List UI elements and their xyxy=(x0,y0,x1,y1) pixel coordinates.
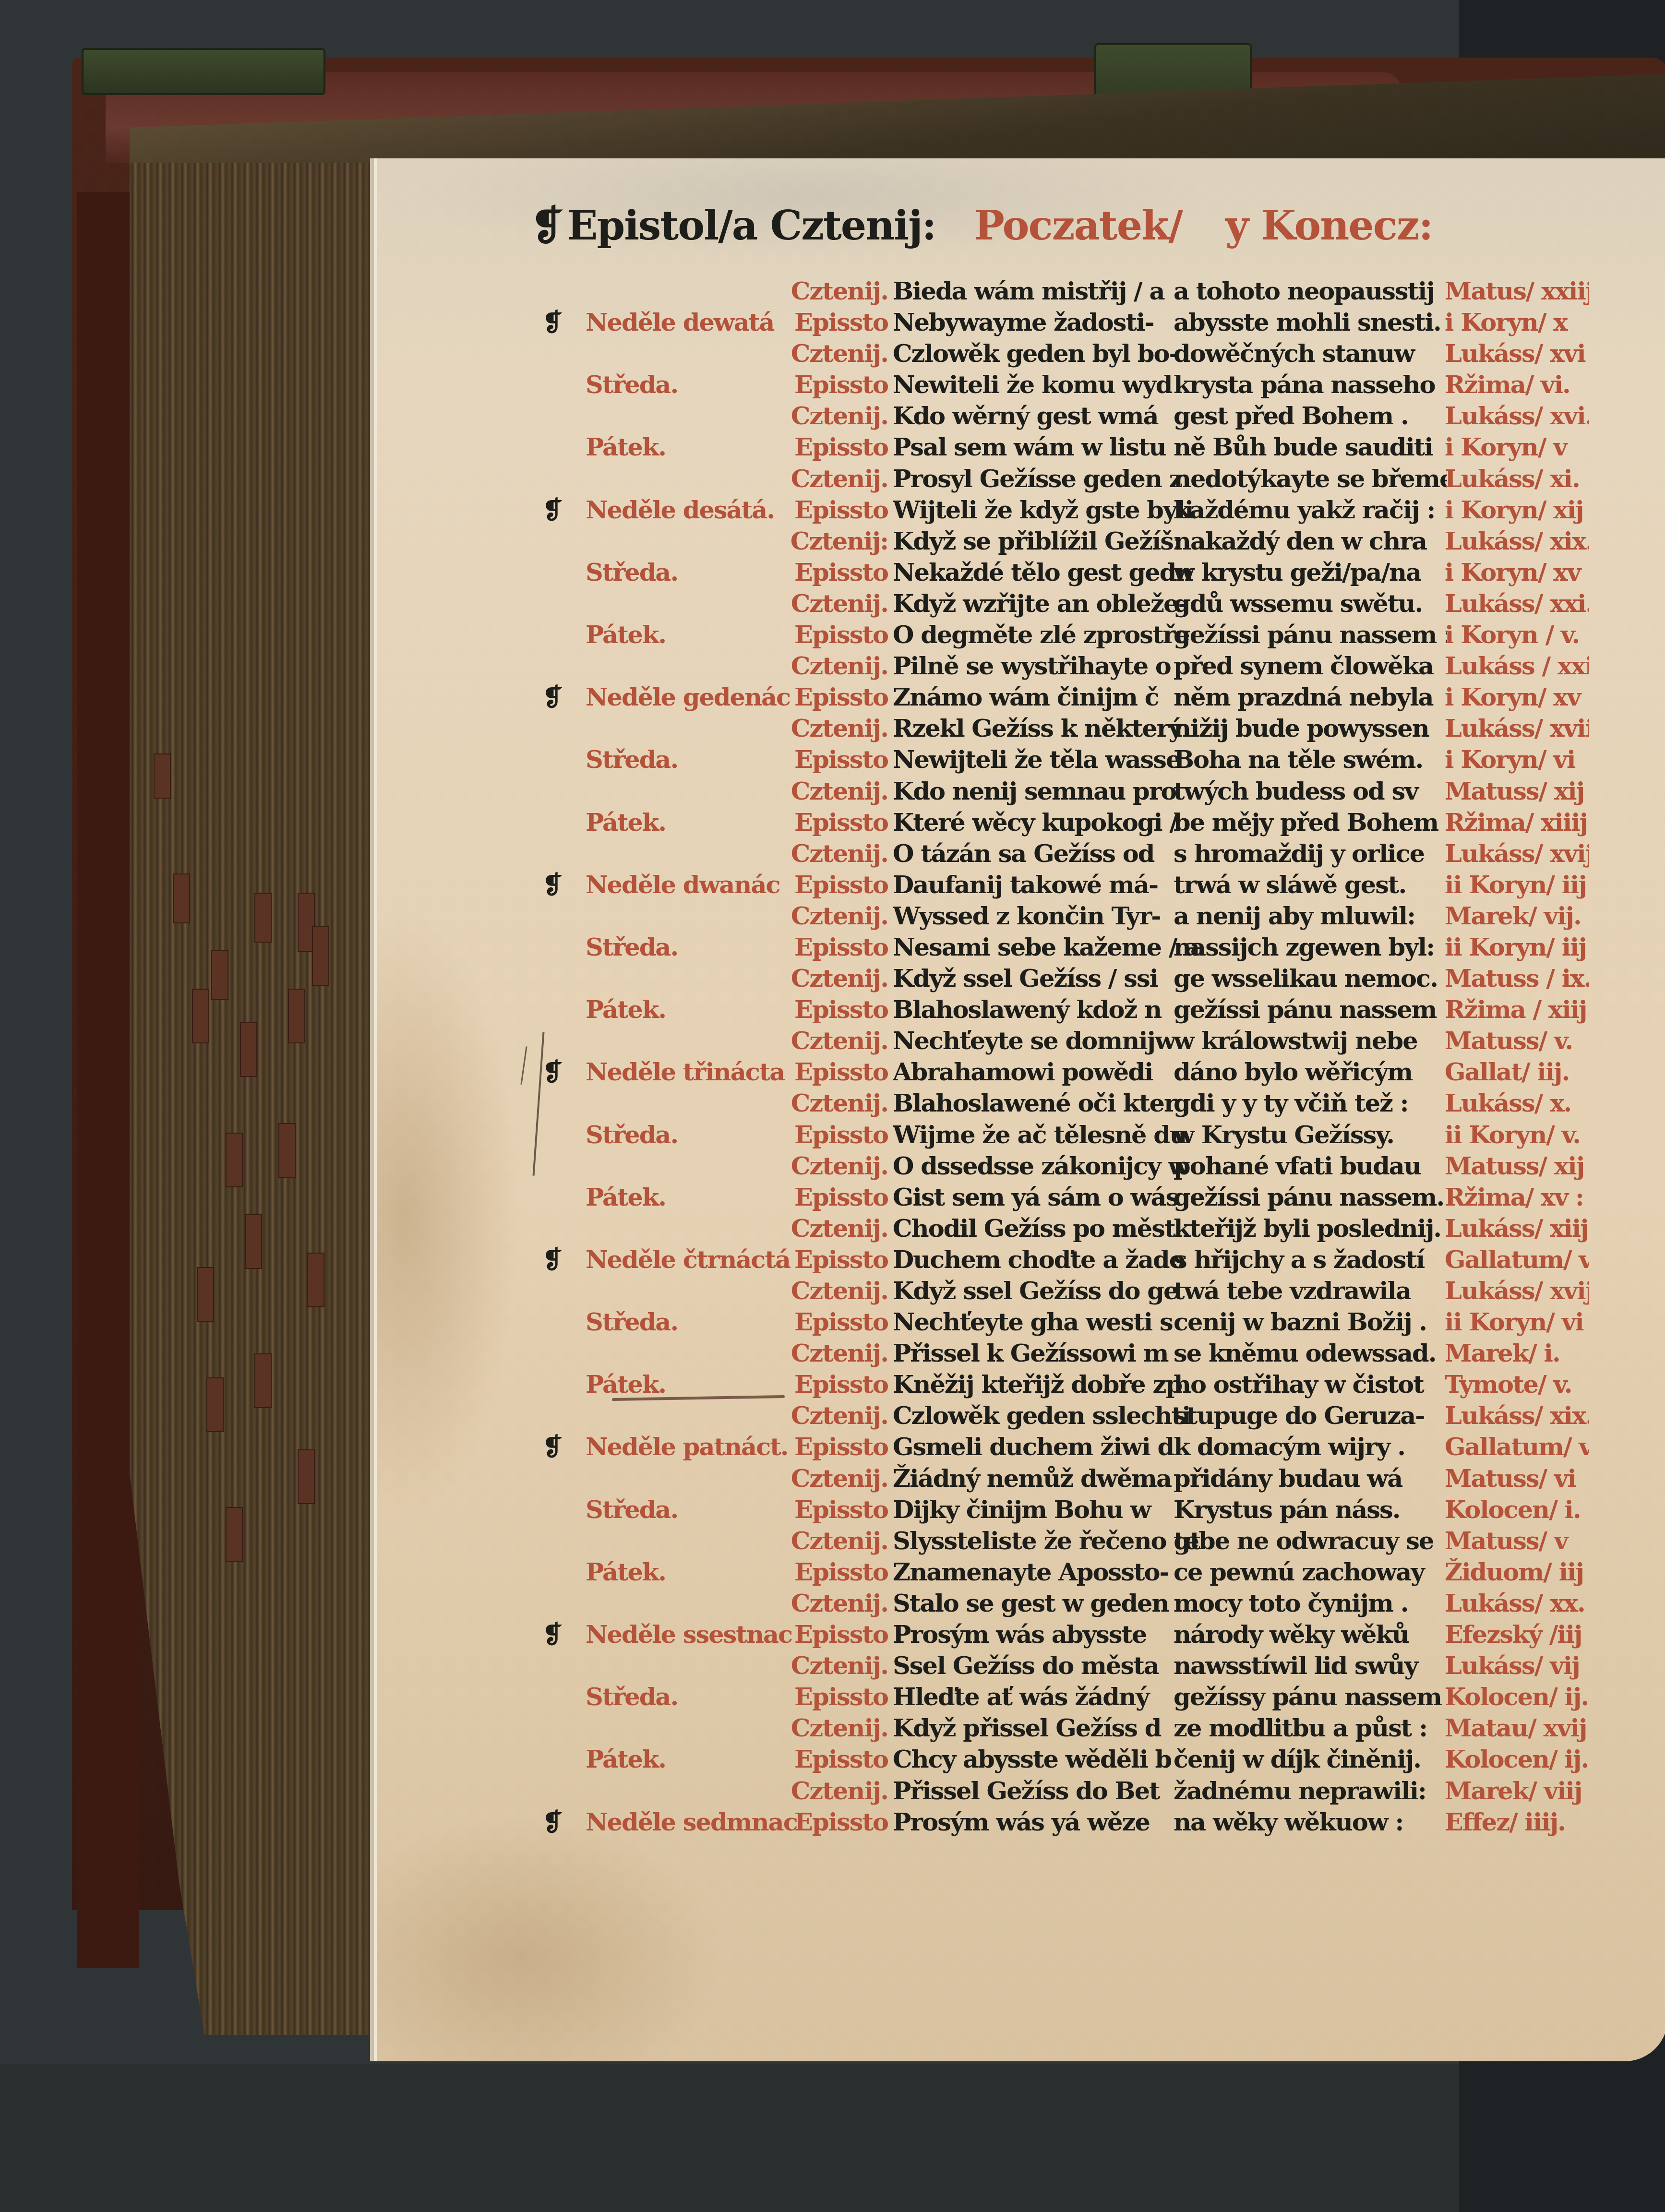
scripture-reference: Matuss/ xij xyxy=(1445,776,1589,807)
page-tab xyxy=(254,893,272,943)
incipit-text: Ssel Gežíss do města xyxy=(893,1650,1200,1682)
page-tab xyxy=(278,1123,296,1178)
scripture-reference: Lukáss/ xix. xyxy=(1445,1400,1589,1432)
incipit-text: Czlowěk geden byl bo- xyxy=(893,338,1200,370)
incipit-text: Newiteli že komu wyd xyxy=(893,370,1200,401)
clasp-left xyxy=(82,48,325,95)
explicit-text: ze modlitbu a půst : xyxy=(1174,1713,1447,1744)
day-label: Pátek. xyxy=(586,620,666,651)
reading-type: Cztenij: xyxy=(773,526,888,557)
page-tab xyxy=(254,1353,272,1408)
incipit-text: Nekaždé tělo gest gedn xyxy=(893,557,1200,588)
incipit-text: Když se přiblížil Gežíš: xyxy=(893,526,1200,557)
day-label: Pátek. xyxy=(586,994,666,1026)
heading-beginning: Poczatek/ xyxy=(974,202,1182,249)
scripture-reference: Lukáss/ xvi. xyxy=(1445,401,1589,432)
scripture-reference: Lukáss/ xvi xyxy=(1445,338,1589,370)
explicit-text: pohané vfati budau xyxy=(1174,1151,1447,1182)
table-row: ❡Neděle ssestnacEpisstоProsým wás abysst… xyxy=(547,1619,1579,1650)
day-label: Středa. xyxy=(586,1682,678,1713)
table-row: Cztenij.Czlowěk geden sslechtistupuge do… xyxy=(547,1400,1579,1432)
reading-type: Episstо xyxy=(773,1244,888,1276)
explicit-text: Krystus pán náss. xyxy=(1174,1495,1447,1526)
table-row: Cztenij.Slyssteliste že řečeno gttebe ne… xyxy=(547,1526,1579,1557)
page-heading: ❡ Epistol/a Cztenij: Poczatek/ y Konecz: xyxy=(530,202,1433,254)
pilcrow-icon: ❡ xyxy=(542,1432,576,1463)
explicit-text: twá tebe vzdrawila xyxy=(1174,1276,1447,1307)
pilcrow-icon: ❡ xyxy=(542,682,576,713)
page-tab xyxy=(312,926,329,986)
scripture-reference: i Koryn / v. xyxy=(1445,620,1589,651)
scripture-reference: Židuom/ iij xyxy=(1445,1557,1589,1588)
incipit-text: Nebywayme žadosti- xyxy=(893,307,1200,338)
pilcrow-icon: ❡ xyxy=(542,307,576,338)
scripture-reference: Gallatum/ v xyxy=(1445,1432,1589,1463)
table-row: Cztenij.Czlowěk geden byl bo-dowěčných s… xyxy=(547,338,1579,370)
incipit-text: Dijky činijm Bohu w xyxy=(893,1495,1200,1526)
table-row: Středa.EpisstоNesami sebe kažeme / anass… xyxy=(547,932,1579,963)
scripture-reference: Efezský /iij xyxy=(1445,1619,1589,1650)
explicit-text: trwá w sláwě gest. xyxy=(1174,870,1447,901)
table-row: Cztenij.Nechťeyte se domnijww králowstwi… xyxy=(547,1026,1579,1057)
explicit-text: tebe ne odwracuy se xyxy=(1174,1526,1447,1557)
reading-type: Episstо xyxy=(773,620,888,651)
scripture-reference: Matuss/ v. xyxy=(1445,1026,1589,1057)
incipit-text: Pilně se wystřihayte o xyxy=(893,651,1200,682)
table-row: ❡Neděle dewatáEpisstоNebywayme žadosti-a… xyxy=(547,307,1579,338)
day-label: Neděle ssestnac xyxy=(586,1619,792,1650)
reading-type: Episstо xyxy=(773,1744,888,1775)
scripture-reference: Effez/ iiij. xyxy=(1445,1807,1589,1838)
reading-type: Episstо xyxy=(773,1057,888,1088)
day-label: Neděle gedenác xyxy=(586,682,790,713)
incipit-text: Blahoslawený kdož n xyxy=(893,994,1200,1026)
incipit-text: Gist sem yá sám o wás xyxy=(893,1182,1200,1213)
incipit-text: Wyssed z končin Tyr- xyxy=(893,901,1200,932)
reading-type: Episstо xyxy=(773,1432,888,1463)
background-dark-bottom xyxy=(0,2064,1459,2212)
table-row: Cztenij.O tázán sa Gežíss ods hromaždij … xyxy=(547,838,1579,870)
table-row: ❡Neděle čtrnáctáEpisstоDuchem choďte a ž… xyxy=(547,1244,1579,1276)
scripture-reference: Marek/ vij. xyxy=(1445,901,1589,932)
table-row: Cztenij.Žiádný nemůž dwěmapřidány budau … xyxy=(547,1463,1579,1495)
day-label: Neděle sedmnac xyxy=(586,1807,797,1838)
scripture-reference: i Koryn/ xv xyxy=(1445,557,1589,588)
table-row: Pátek.EpisstоKněžij kteřijž dobře zpho o… xyxy=(547,1369,1579,1400)
pilcrow-icon: ❡ xyxy=(542,1244,576,1276)
table-row: Cztenij.Rzekl Gežíss k některýnižij bude… xyxy=(547,713,1579,744)
scripture-reference: i Koryn/ v xyxy=(1445,432,1589,463)
incipit-text: Chcy abysste wěděli b xyxy=(893,1744,1200,1775)
explicit-text: k domacým wijry . xyxy=(1174,1432,1447,1463)
incipit-text: Prosým wás yá wěze xyxy=(893,1807,1200,1838)
reading-type: Episstо xyxy=(773,1182,888,1213)
scripture-reference: i Koryn/ xij xyxy=(1445,495,1589,526)
explicit-text: nakaždý den w chra xyxy=(1174,526,1447,557)
page-tab xyxy=(173,873,190,923)
day-label: Pátek. xyxy=(586,1557,666,1588)
reading-type: Cztenij. xyxy=(773,1276,888,1307)
reading-type: Episstо xyxy=(773,932,888,963)
reading-type: Cztenij. xyxy=(773,1026,888,1057)
explicit-text: mocy toto čynijm . xyxy=(1174,1588,1447,1619)
explicit-text: něm prazdná nebyla xyxy=(1174,682,1447,713)
explicit-text: ho ostřihay w čistot xyxy=(1174,1369,1447,1400)
lectionary-table: Cztenij.Bieda wám mistřij / aa tohoto ne… xyxy=(547,276,1579,1838)
incipit-text: Rzekl Gežíss k některý xyxy=(893,713,1200,744)
table-row: Cztenij.Pilně se wystřihayte opřed synem… xyxy=(547,651,1579,682)
explicit-text: každému yakž račij : xyxy=(1174,495,1447,526)
explicit-text: čenij w díjk činěnij. xyxy=(1174,1744,1447,1775)
incipit-text: O tázán sa Gežíss od xyxy=(893,838,1200,870)
scripture-reference: Lukáss/ xvij xyxy=(1445,838,1589,870)
incipit-text: Bieda wám mistřij / a xyxy=(893,276,1200,307)
reading-type: Cztenij. xyxy=(773,401,888,432)
incipit-text: Duchem choďte a žado xyxy=(893,1244,1200,1276)
explicit-text: s hromaždij y orlice xyxy=(1174,838,1447,870)
table-row: Středa.EpisstоDijky činijm Bohu wKrystus… xyxy=(547,1495,1579,1526)
explicit-text: před synem člowěka xyxy=(1174,651,1447,682)
table-row: Cztenij.Když ssel Gežíss / ssige wsselik… xyxy=(547,963,1579,994)
day-label: Středa. xyxy=(586,932,678,963)
table-row: Pátek.EpisstоChcy abysste wěděli bčenij … xyxy=(547,1744,1579,1775)
page-block-fore-edge xyxy=(130,163,379,2035)
incipit-text: Nesami sebe kažeme / a xyxy=(893,932,1200,963)
incipit-text: Nechťeyte se domnijw xyxy=(893,1026,1200,1057)
explicit-text: gežíssi pánu nassem xyxy=(1174,994,1447,1026)
explicit-text: přidány budau wá xyxy=(1174,1463,1447,1495)
reading-type: Episstо xyxy=(773,682,888,713)
scripture-reference: ii Koryn/ v. xyxy=(1445,1120,1589,1151)
explicit-text: gežíssi pánu nassem. xyxy=(1174,1182,1447,1213)
heading-end: y Konecz: xyxy=(1225,202,1433,249)
reading-type: Cztenij. xyxy=(773,651,888,682)
scripture-reference: Lukáss/ xix. xyxy=(1445,526,1589,557)
day-label: Pátek. xyxy=(586,807,666,838)
incipit-text: Wijme že ač tělesně du xyxy=(893,1120,1200,1151)
pilcrow-icon: ❡ xyxy=(530,202,563,249)
table-row: Cztenij.Prosyl Gežísse geden znedotýkayt… xyxy=(547,464,1579,495)
table-row: ❡Neděle desátá.EpisstоWijteli že když gs… xyxy=(547,495,1579,526)
table-row: Pátek.EpisstоKteré wěcy kupokogi /be měj… xyxy=(547,807,1579,838)
incipit-text: Když ssel Gežíss / ssi xyxy=(893,963,1200,994)
scripture-reference: i Koryn/ vi xyxy=(1445,744,1589,776)
scripture-reference: Ržima/ xiiij. xyxy=(1445,807,1589,838)
pilcrow-icon: ❡ xyxy=(542,1057,576,1088)
incipit-text: Přissel Gežíss do Bet xyxy=(893,1776,1200,1807)
incipit-text: Newijteli že těla wasse xyxy=(893,744,1200,776)
table-row: Cztenij.Kdo wěrný gest wmágest před Bohe… xyxy=(547,401,1579,432)
scripture-reference: Lukáss/ xi. xyxy=(1445,464,1589,495)
reading-type: Episstо xyxy=(773,432,888,463)
explicit-text: w Krystu Gežíssy. xyxy=(1174,1120,1447,1151)
explicit-text: kteřijž byli poslednij. xyxy=(1174,1213,1447,1244)
reading-type: Cztenij. xyxy=(773,1650,888,1682)
page-tab xyxy=(240,1022,257,1077)
page-tab xyxy=(226,1133,243,1187)
pilcrow-icon: ❡ xyxy=(542,870,576,901)
incipit-text: Chodil Gežíss po měst xyxy=(893,1213,1200,1244)
table-row: ❡Neděle gedenácEpisstоZnámo wám činijm č… xyxy=(547,682,1579,713)
reading-type: Episstо xyxy=(773,1120,888,1151)
scripture-reference: Lukáss/ vij xyxy=(1445,1650,1589,1682)
explicit-text: a tohoto neopausstij xyxy=(1174,276,1447,307)
scripture-reference: Kolocen/ ij. xyxy=(1445,1744,1589,1775)
explicit-text: nedotýkayte se břeme xyxy=(1174,464,1447,495)
day-label: Neděle dewatá xyxy=(586,307,774,338)
scripture-reference: Matuss/ v xyxy=(1445,1526,1589,1557)
table-row: Cztenij:Když se přiblížil Gežíš:nakaždý … xyxy=(547,526,1579,557)
page-tab xyxy=(211,950,228,1000)
day-label: Neděle desátá. xyxy=(586,495,774,526)
table-row: Středa.EpisstоHleďte ať wás žádnýgežíssy… xyxy=(547,1682,1579,1713)
explicit-text: dowěčných stanuw xyxy=(1174,338,1447,370)
page-tab xyxy=(192,989,209,1043)
reading-type: Cztenij. xyxy=(773,776,888,807)
explicit-text: cenij w bazni Božij . xyxy=(1174,1307,1447,1338)
table-row: Pátek.EpisstоPsal sem wám w listuně Bůh … xyxy=(547,432,1579,463)
explicit-text: Boha na těle swém. xyxy=(1174,744,1447,776)
scripture-reference: Lukáss/ xviij xyxy=(1445,713,1589,744)
reading-type: Cztenij. xyxy=(773,1463,888,1495)
table-row: ❡Neděle patnáct.EpisstоGsmeli duchem žiw… xyxy=(547,1432,1579,1463)
reading-type: Cztenij. xyxy=(773,464,888,495)
table-row: ❡Neděle třináctaEpisstоAbrahamowi powědi… xyxy=(547,1057,1579,1088)
day-label: Pátek. xyxy=(586,1369,666,1400)
reading-type: Episstо xyxy=(773,1495,888,1526)
reading-type: Cztenij. xyxy=(773,338,888,370)
reading-type: Episstо xyxy=(773,1807,888,1838)
explicit-text: s hřijchy a s žadostí xyxy=(1174,1244,1447,1276)
page-tab xyxy=(298,1449,315,1504)
page-tab xyxy=(245,1214,262,1269)
incipit-text: Wijteli že když gste byli xyxy=(893,495,1200,526)
reading-type: Episstо xyxy=(773,744,888,776)
day-label: Neděle patnáct. xyxy=(586,1432,788,1463)
incipit-text: Známo wám činijm č xyxy=(893,682,1200,713)
reading-type: Cztenij. xyxy=(773,1713,888,1744)
incipit-text: Které wěcy kupokogi / xyxy=(893,807,1200,838)
incipit-text: Nechťeyte gha westi s xyxy=(893,1307,1200,1338)
scripture-reference: Kolocen/ i. xyxy=(1445,1495,1589,1526)
page-tab xyxy=(206,1377,224,1432)
explicit-text: gežíssi pánu nassem : xyxy=(1174,620,1447,651)
explicit-text: nassijch zgewen byl: xyxy=(1174,932,1447,963)
explicit-text: gežíssy pánu nassem xyxy=(1174,1682,1447,1713)
day-label: Pátek. xyxy=(586,432,666,463)
reading-type: Episstо xyxy=(773,1557,888,1588)
day-label: Středa. xyxy=(586,1120,678,1151)
incipit-text: Prosým wás abysste xyxy=(893,1619,1200,1650)
incipit-text: Daufanij takowé má- xyxy=(893,870,1200,901)
scripture-reference: Kolocen/ ij. xyxy=(1445,1682,1589,1713)
table-row: Středa.EpisstоNekaždé tělo gest gednw kr… xyxy=(547,557,1579,588)
incipit-text: Prosyl Gežísse geden z xyxy=(893,464,1200,495)
table-row: Pátek.EpisstоGist sem yá sám o wásgežíss… xyxy=(547,1182,1579,1213)
table-row: Středa.EpisstоNewijteli že těla wasseBoh… xyxy=(547,744,1579,776)
explicit-text: nawsstíwil lid swůy xyxy=(1174,1650,1447,1682)
scripture-reference: i Koryn/ xv xyxy=(1445,682,1589,713)
scripture-reference: Gallat/ iij. xyxy=(1445,1057,1589,1088)
table-row: Cztenij.Přissel Gežíss do Betžadnému nep… xyxy=(547,1776,1579,1807)
scripture-reference: Matus/ xxiij xyxy=(1445,276,1589,307)
day-label: Pátek. xyxy=(586,1182,666,1213)
explicit-text: se kněmu odewssad. xyxy=(1174,1338,1447,1369)
scripture-reference: Matuss/ xij xyxy=(1445,1151,1589,1182)
explicit-text: ge wsselikau nemoc. xyxy=(1174,963,1447,994)
reading-type: Episstо xyxy=(773,370,888,401)
reading-type: Cztenij. xyxy=(773,1526,888,1557)
reading-type: Cztenij. xyxy=(773,1588,888,1619)
page-tab xyxy=(154,753,171,799)
explicit-text: stupuge do Geruza- xyxy=(1174,1400,1447,1432)
incipit-text: O degměte zlé zprostře xyxy=(893,620,1200,651)
incipit-text: Kdo wěrný gest wmá xyxy=(893,401,1200,432)
day-label: Neděle čtrnáctá xyxy=(586,1244,790,1276)
table-row: Cztenij.Wyssed z končin Tyr-a nenij aby … xyxy=(547,901,1579,932)
incipit-text: Znamenayte Apossto- xyxy=(893,1557,1200,1588)
incipit-text: Žiádný nemůž dwěma xyxy=(893,1463,1200,1495)
page-tab xyxy=(288,989,305,1043)
incipit-text: Když wzřijte an obleže- xyxy=(893,588,1200,620)
table-row: ❡Neděle sedmnacEpisstоProsým wás yá wěze… xyxy=(547,1807,1579,1838)
scripture-reference: Tymote/ v. xyxy=(1445,1369,1589,1400)
incipit-text: Stalo se gest w geden xyxy=(893,1588,1200,1619)
incipit-text: Kněžij kteřijž dobře zp xyxy=(893,1369,1200,1400)
explicit-text: dáno bylo wěřicým xyxy=(1174,1057,1447,1088)
reading-type: Cztenij. xyxy=(773,1400,888,1432)
reading-type: Episstо xyxy=(773,870,888,901)
reading-type: Episstо xyxy=(773,1369,888,1400)
scripture-reference: Lukáss/ xxi. xyxy=(1445,588,1589,620)
pilcrow-icon: ❡ xyxy=(542,1807,576,1838)
table-row: Cztenij.Když wzřijte an obleže-gdů wssem… xyxy=(547,588,1579,620)
incipit-text: Psal sem wám w listu xyxy=(893,432,1200,463)
explicit-text: krysta pána nasseho xyxy=(1174,370,1447,401)
scripture-reference: Lukáss/ xiij. xyxy=(1445,1213,1589,1244)
scripture-reference: Ržima/ vi. xyxy=(1445,370,1589,401)
reading-type: Episstо xyxy=(773,1307,888,1338)
reading-type: Cztenij. xyxy=(773,1088,888,1119)
explicit-text: nižij bude powyssen xyxy=(1174,713,1447,744)
day-label: Středa. xyxy=(586,1307,678,1338)
page-tab xyxy=(307,1253,324,1307)
reading-type: Cztenij. xyxy=(773,1213,888,1244)
pilcrow-icon: ❡ xyxy=(542,1619,576,1650)
table-row: Středa.EpisstоWijme že ač tělesně duw Kr… xyxy=(547,1120,1579,1151)
explicit-text: abysste mohli snesti. xyxy=(1174,307,1447,338)
table-row: Středa.EpisstоNewiteli že komu wydkrysta… xyxy=(547,370,1579,401)
explicit-text: twých budess od sv xyxy=(1174,776,1447,807)
scripture-reference: Lukáss/ x. xyxy=(1445,1088,1589,1119)
reading-type: Cztenij. xyxy=(773,963,888,994)
incipit-text: Gsmeli duchem žiwi d xyxy=(893,1432,1200,1463)
scripture-reference: ii Koryn/ vi xyxy=(1445,1307,1589,1338)
incipit-text: Kdo nenij semnau pro xyxy=(893,776,1200,807)
scripture-reference: i Koryn/ x xyxy=(1445,307,1589,338)
explicit-text: w krystu geži/pa/na xyxy=(1174,557,1447,588)
reading-type: Cztenij. xyxy=(773,901,888,932)
scripture-reference: ii Koryn/ iij xyxy=(1445,870,1589,901)
table-row: Pátek.EpisstоBlahoslawený kdož ngežíssi … xyxy=(547,994,1579,1026)
day-label: Středa. xyxy=(586,1495,678,1526)
table-row: Cztenij.Stalo se gest w gedenmocy toto č… xyxy=(547,1588,1579,1619)
explicit-text: žadnému neprawili: xyxy=(1174,1776,1447,1807)
scripture-reference: Marek/ i. xyxy=(1445,1338,1589,1369)
table-row: Cztenij.Ssel Gežíss do městanawsstíwil l… xyxy=(547,1650,1579,1682)
reading-type: Episstо xyxy=(773,307,888,338)
reading-type: Episstо xyxy=(773,495,888,526)
incipit-text: Abrahamowi powědi xyxy=(893,1057,1200,1088)
scripture-reference: ii Koryn/ iij xyxy=(1445,932,1589,963)
explicit-text: ce pewnú zachoway xyxy=(1174,1557,1447,1588)
scripture-reference: Matuss / ix. xyxy=(1445,963,1589,994)
explicit-text: be mějy před Bohem xyxy=(1174,807,1447,838)
reading-type: Cztenij. xyxy=(773,713,888,744)
scripture-reference: Lukáss/ xvij xyxy=(1445,1276,1589,1307)
scripture-reference: Matuss/ vi xyxy=(1445,1463,1589,1495)
incipit-text: Když ssel Gežíss do ge xyxy=(893,1276,1200,1307)
incipit-text: Přissel k Gežíssowi m xyxy=(893,1338,1200,1369)
table-row: Pátek.EpisstоO degměte zlé zprostřegežís… xyxy=(547,620,1579,651)
day-label: Středa. xyxy=(586,370,678,401)
explicit-text: a nenij aby mluwil: xyxy=(1174,901,1447,932)
scripture-reference: Matau/ xvij xyxy=(1445,1713,1589,1744)
reading-type: Cztenij. xyxy=(773,588,888,620)
reading-type: Episstо xyxy=(773,557,888,588)
reading-type: Cztenij. xyxy=(773,276,888,307)
explicit-text: gdi y y ty včiň tež : xyxy=(1174,1088,1447,1119)
day-label: Neděle dwanác xyxy=(586,870,780,901)
table-row: Cztenij.Blahoslawené oči ktergdi y y ty … xyxy=(547,1088,1579,1119)
incipit-text: Hleďte ať wás žádný xyxy=(893,1682,1200,1713)
day-label: Středa. xyxy=(586,557,678,588)
page-tab xyxy=(197,1267,214,1322)
reading-type: Episstо xyxy=(773,1619,888,1650)
table-row: Cztenij.Bieda wám mistřij / aa tohoto ne… xyxy=(547,276,1579,307)
table-row: Cztenij.Když přissel Gežíss dze modlitbu… xyxy=(547,1713,1579,1744)
reading-type: Cztenij. xyxy=(773,1151,888,1182)
reading-type: Cztenij. xyxy=(773,838,888,870)
explicit-text: w králowstwij nebe xyxy=(1174,1026,1447,1057)
day-label: Pátek. xyxy=(586,1744,666,1775)
incipit-text: Czlowěk geden sslechti xyxy=(893,1400,1200,1432)
explicit-text: na wěky wěkuow : xyxy=(1174,1807,1447,1838)
pilcrow-icon: ❡ xyxy=(542,495,576,526)
explicit-text: národy wěky wěků xyxy=(1174,1619,1447,1650)
incipit-text: Slyssteliste že řečeno gt xyxy=(893,1526,1200,1557)
reading-type: Episstо xyxy=(773,994,888,1026)
incipit-text: Když přissel Gežíss d xyxy=(893,1713,1200,1744)
day-label: Neděle třinácta xyxy=(586,1057,784,1088)
reading-type: Episstо xyxy=(773,1682,888,1713)
reading-type: Cztenij. xyxy=(773,1776,888,1807)
incipit-text: O dssedsse zákonijcy w xyxy=(893,1151,1200,1182)
table-row: ❡Neděle dwanácEpisstоDaufanij takowé má-… xyxy=(547,870,1579,901)
scripture-reference: Lukáss/ xx. xyxy=(1445,1588,1589,1619)
table-row: Cztenij.Chodil Gežíss po městkteřijž byl… xyxy=(547,1213,1579,1244)
explicit-text: gest před Bohem . xyxy=(1174,401,1447,432)
day-label: Středa. xyxy=(586,744,678,776)
table-row: Cztenij.O dssedsse zákonijcy wpohané vfa… xyxy=(547,1151,1579,1182)
scripture-reference: Marek/ viij xyxy=(1445,1776,1589,1807)
scripture-reference: Gallatum/ v xyxy=(1445,1244,1589,1276)
scripture-reference: Ržima/ xv : xyxy=(1445,1182,1589,1213)
table-row: Cztenij.Kdo nenij semnau protwých budess… xyxy=(547,776,1579,807)
scripture-reference: Ržima / xiij. xyxy=(1445,994,1589,1026)
explicit-text: gdů wssemu swětu. xyxy=(1174,588,1447,620)
explicit-text: ně Bůh bude sauditi xyxy=(1174,432,1447,463)
